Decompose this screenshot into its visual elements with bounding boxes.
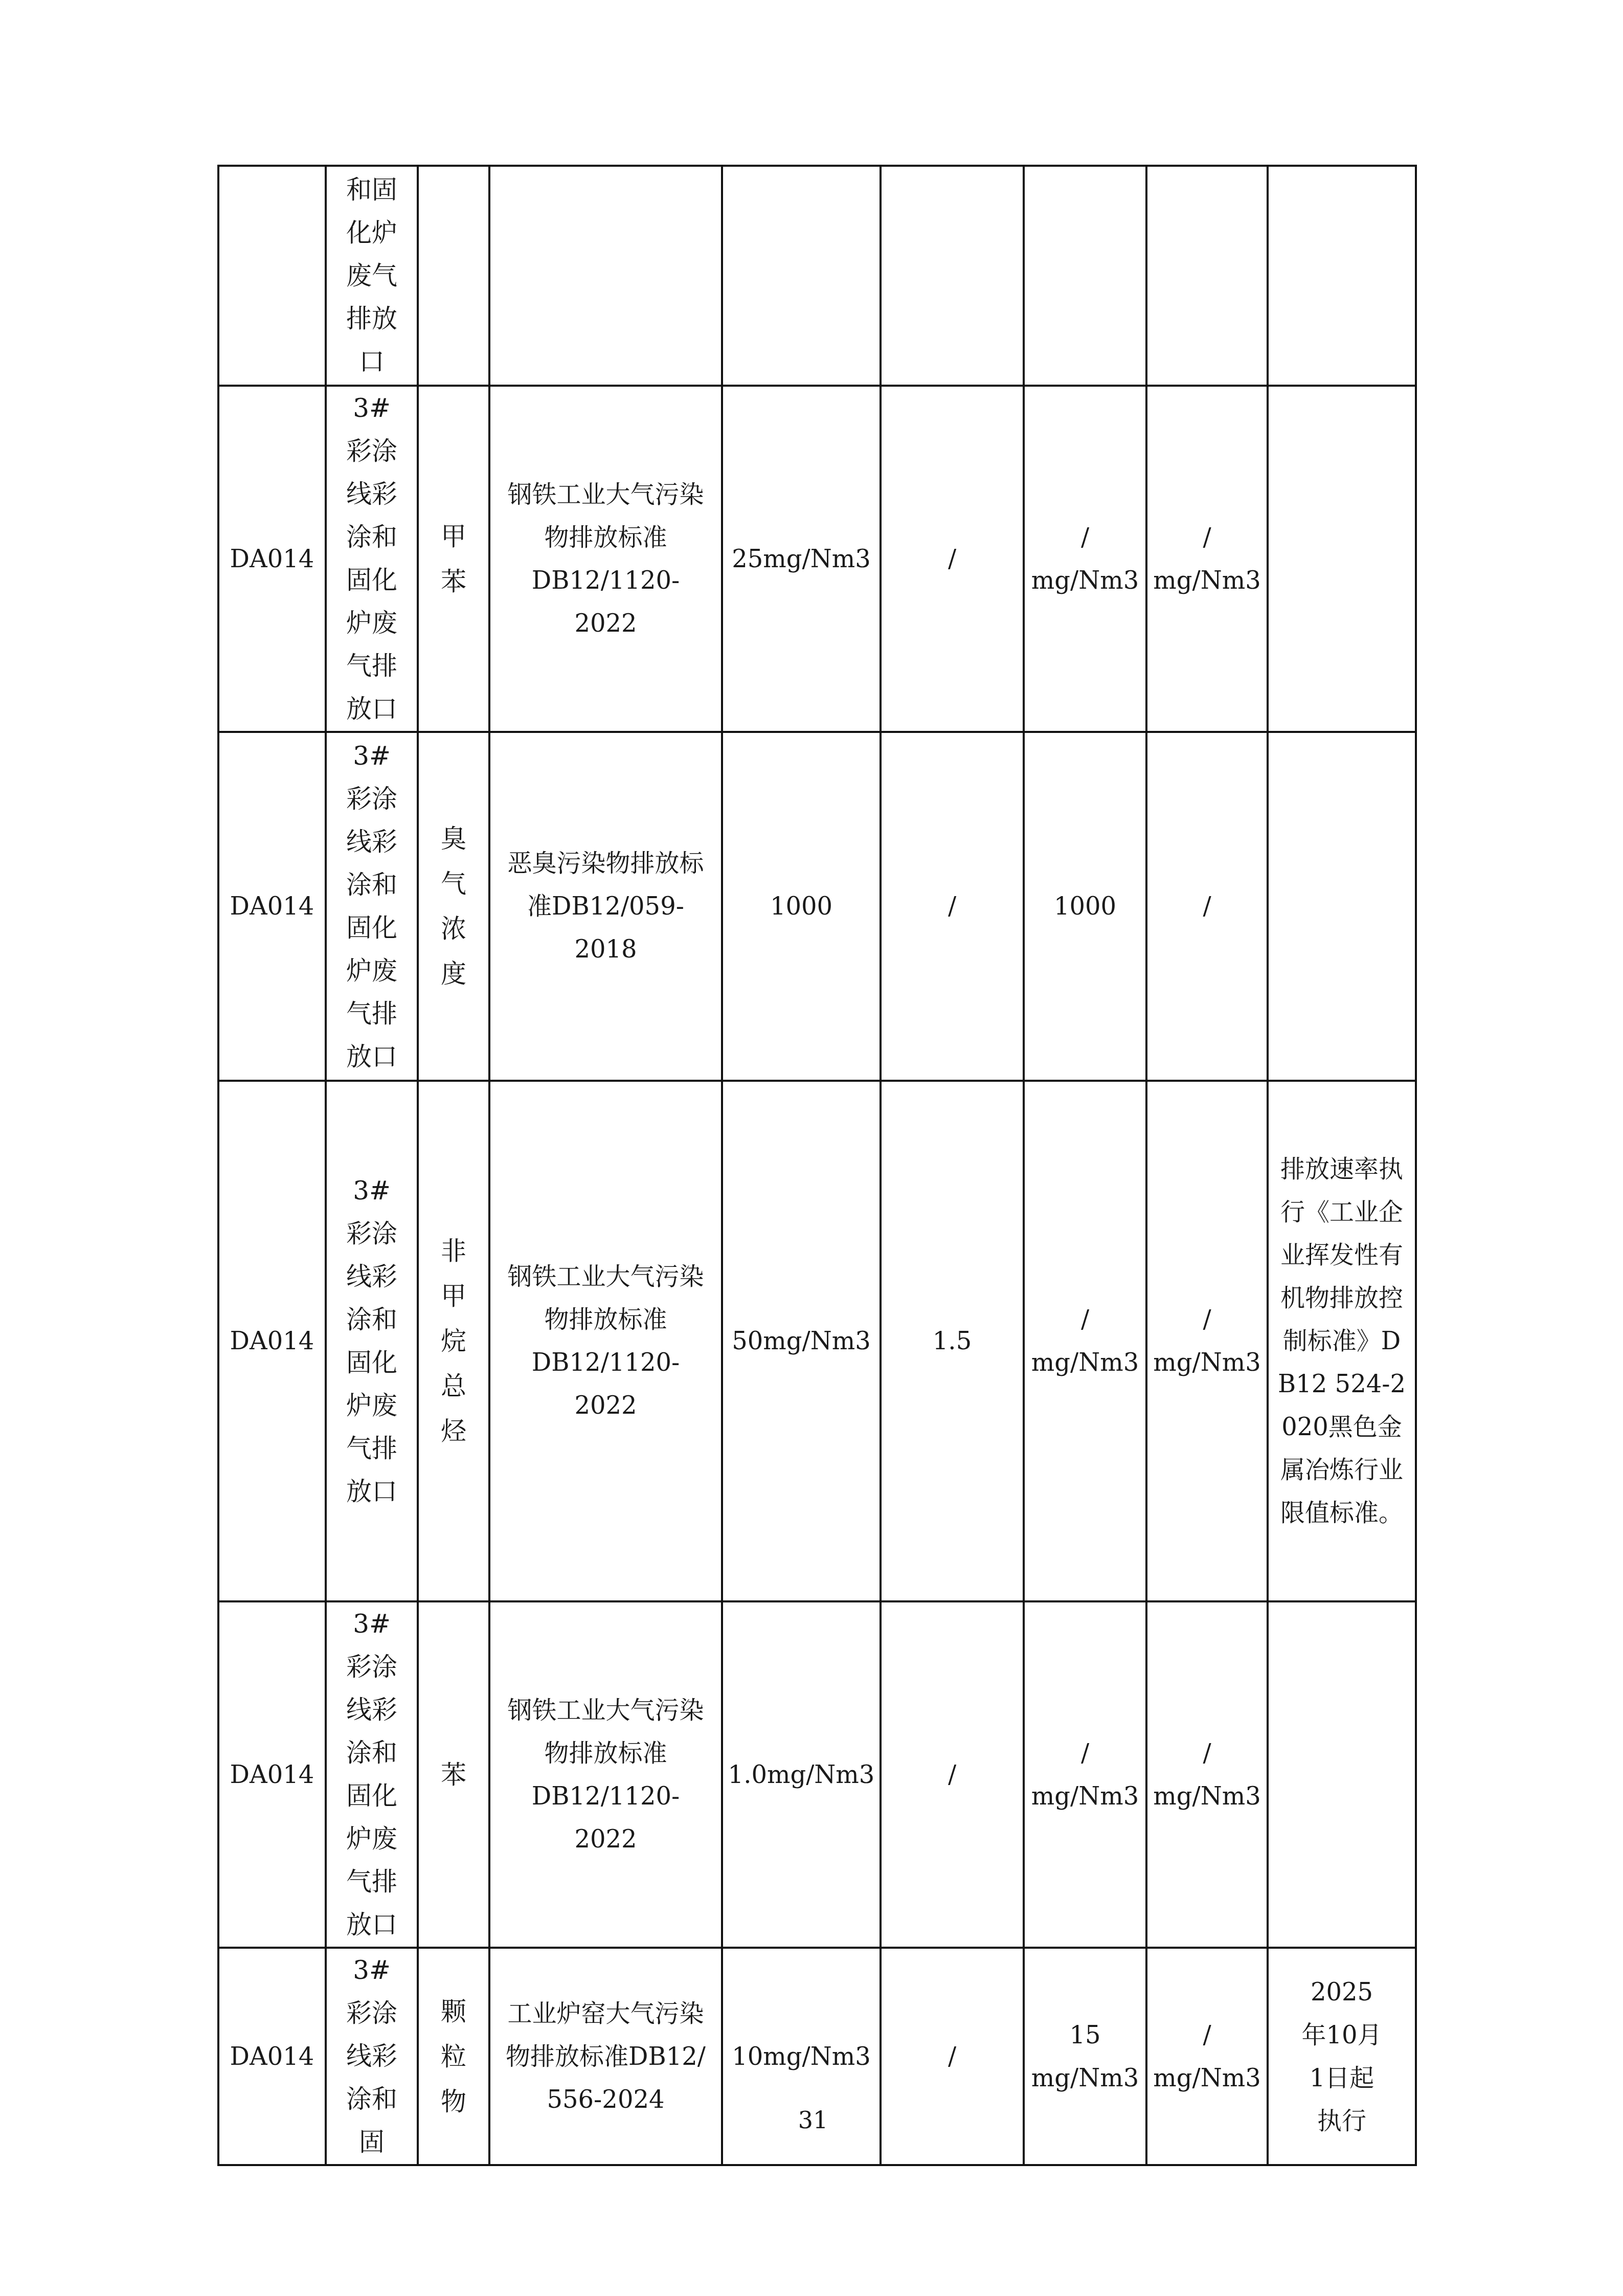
outlet-name: 3#彩涂线彩涂和固化炉废气排放口 bbox=[341, 734, 402, 1078]
standard-cell: 钢铁工业大气污染物排放标准DB12/1120-2022 bbox=[489, 1081, 722, 1601]
rate-limit-cell: / bbox=[881, 386, 1024, 732]
permit-conc-unit: mg/Nm3 bbox=[1025, 1341, 1145, 1384]
standard-cell: 工业炉窑大气污染物排放标准DB12/ 556-2024 bbox=[489, 1948, 722, 2165]
standard: 工业炉窑大气污染物排放标准DB12/ 556-2024 bbox=[504, 1992, 708, 2121]
note-cell: 2025年10月1日起执行 bbox=[1268, 1948, 1416, 2165]
outlet-id-cell: DA014 bbox=[218, 1081, 326, 1601]
outlet-id-cell: DA014 bbox=[218, 386, 326, 732]
permit-conc-value: 15 bbox=[1025, 2014, 1145, 2057]
note-cell bbox=[1268, 1601, 1416, 1948]
standard: 钢铁工业大气污染物排放标准DB12/1120-2022 bbox=[504, 1255, 708, 1427]
pollutant-cell: 非甲烷总烃 bbox=[418, 1081, 489, 1601]
pollutant: 颗粒物 bbox=[438, 1989, 469, 2124]
pollutant: 臭气浓度 bbox=[438, 816, 469, 996]
note-cell bbox=[1268, 732, 1416, 1081]
outlet-name-cell: 3#彩涂线彩涂和固化炉废气排放口 bbox=[326, 386, 418, 732]
standard-cell: 钢铁工业大气污染物排放标准DB12/1120-2022 bbox=[489, 1601, 722, 1948]
permit-conc-value: / bbox=[1025, 516, 1145, 559]
outlet-name-cell: 3#彩涂线彩涂和固化炉废气排放口 bbox=[326, 1081, 418, 1601]
outlet-name: 和固化炉废气排放口 bbox=[341, 168, 402, 383]
permit-rate-cell: / bbox=[1146, 732, 1268, 1081]
pollutant: 非甲烷总烃 bbox=[438, 1229, 469, 1454]
permit-conc-cell bbox=[1024, 166, 1146, 386]
emission-standards-table: 和固化炉废气排放口 DA014 3#彩涂线彩涂和固化炉废气排放口 甲苯 钢铁工业… bbox=[217, 165, 1417, 2166]
outlet-id-cell: DA014 bbox=[218, 1948, 326, 2165]
pollutant: 苯 bbox=[438, 1752, 469, 1797]
conc-limit-cell bbox=[722, 166, 881, 386]
permit-rate-unit: mg/Nm3 bbox=[1147, 1341, 1267, 1384]
conc-limit-cell: 1000 bbox=[722, 732, 881, 1081]
standard-cell bbox=[489, 166, 722, 386]
permit-conc-unit: mg/Nm3 bbox=[1025, 2057, 1145, 2100]
outlet-name-cell: 3#彩涂线彩涂和固化炉废气排放口 bbox=[326, 1601, 418, 1948]
outlet-name-cell: 和固化炉废气排放口 bbox=[326, 166, 418, 386]
note-text: 2025年10月1日起执行 bbox=[1298, 1971, 1385, 2143]
pollutant: 甲苯 bbox=[438, 514, 469, 604]
rate-limit-cell: / bbox=[881, 1601, 1024, 1948]
permit-rate-value: / bbox=[1147, 1732, 1267, 1775]
page-number: 31 bbox=[787, 2106, 839, 2134]
permit-rate-cell: /mg/Nm3 bbox=[1146, 1948, 1268, 2165]
permit-conc-cell: 15mg/Nm3 bbox=[1024, 1948, 1146, 2165]
permit-rate-value: / bbox=[1147, 1298, 1267, 1341]
rate-limit-cell: / bbox=[881, 1948, 1024, 2165]
permit-conc-value: / bbox=[1025, 1298, 1145, 1341]
table-row: DA014 3#彩涂线彩涂和固化炉废气排放口 苯 钢铁工业大气污染物排放标准DB… bbox=[218, 1601, 1416, 1948]
standard: 钢铁工业大气污染物排放标准DB12/1120-2022 bbox=[504, 1689, 708, 1861]
outlet-name: 3#彩涂线彩涂和固 bbox=[341, 1949, 402, 2164]
pollutant-cell bbox=[418, 166, 489, 386]
standard-cell: 恶臭污染物排放标准DB12/059-2018 bbox=[489, 732, 722, 1081]
permit-conc-unit: mg/Nm3 bbox=[1025, 1775, 1145, 1818]
pollutant-cell: 苯 bbox=[418, 1601, 489, 1948]
permit-rate-value: / bbox=[1147, 2014, 1267, 2057]
outlet-id-cell: DA014 bbox=[218, 1601, 326, 1948]
standard: 恶臭污染物排放标准DB12/059-2018 bbox=[504, 842, 708, 971]
outlet-name: 3#彩涂线彩涂和固化炉废气排放口 bbox=[341, 1602, 402, 1946]
rate-limit-cell: 1.5 bbox=[881, 1081, 1024, 1601]
rate-limit-cell: / bbox=[881, 732, 1024, 1081]
permit-conc-unit: mg/Nm3 bbox=[1025, 559, 1145, 602]
permit-rate-unit: mg/Nm3 bbox=[1147, 1775, 1267, 1818]
permit-rate-cell: /mg/Nm3 bbox=[1146, 386, 1268, 732]
note-cell bbox=[1268, 386, 1416, 732]
outlet-name-cell: 3#彩涂线彩涂和固 bbox=[326, 1948, 418, 2165]
outlet-id-cell bbox=[218, 166, 326, 386]
conc-limit-cell: 1.0mg/Nm3 bbox=[722, 1601, 881, 1948]
conc-limit-cell: 50mg/Nm3 bbox=[722, 1081, 881, 1601]
document-page: 和固化炉废气排放口 DA014 3#彩涂线彩涂和固化炉废气排放口 甲苯 钢铁工业… bbox=[0, 0, 1623, 2296]
rate-limit-cell bbox=[881, 166, 1024, 386]
note-cell bbox=[1268, 166, 1416, 386]
conc-limit-cell: 25mg/Nm3 bbox=[722, 386, 881, 732]
pollutant-cell: 臭气浓度 bbox=[418, 732, 489, 1081]
permit-rate-cell bbox=[1146, 166, 1268, 386]
outlet-name: 3#彩涂线彩涂和固化炉废气排放口 bbox=[341, 387, 402, 730]
permit-conc-cell: /mg/Nm3 bbox=[1024, 1601, 1146, 1948]
standard: 钢铁工业大气污染物排放标准DB12/1120-2022 bbox=[504, 473, 708, 645]
permit-rate-cell: /mg/Nm3 bbox=[1146, 1601, 1268, 1948]
permit-rate-unit: mg/Nm3 bbox=[1147, 2057, 1267, 2100]
pollutant-cell: 甲苯 bbox=[418, 386, 489, 732]
standard-cell: 钢铁工业大气污染物排放标准DB12/1120-2022 bbox=[489, 386, 722, 732]
permit-conc-cell: /mg/Nm3 bbox=[1024, 386, 1146, 732]
table-row: 和固化炉废气排放口 bbox=[218, 166, 1416, 386]
permit-rate-value: / bbox=[1147, 516, 1267, 559]
pollutant-cell: 颗粒物 bbox=[418, 1948, 489, 2165]
outlet-name-cell: 3#彩涂线彩涂和固化炉废气排放口 bbox=[326, 732, 418, 1081]
outlet-id-cell: DA014 bbox=[218, 732, 326, 1081]
permit-conc-value: / bbox=[1025, 1732, 1145, 1775]
table-row: DA014 3#彩涂线彩涂和固化炉废气排放口 臭气浓度 恶臭污染物排放标准DB1… bbox=[218, 732, 1416, 1081]
table-row: DA014 3#彩涂线彩涂和固化炉废气排放口 甲苯 钢铁工业大气污染物排放标准D… bbox=[218, 386, 1416, 732]
table-row: DA014 3#彩涂线彩涂和固化炉废气排放口 非甲烷总烃 钢铁工业大气污染物排放… bbox=[218, 1081, 1416, 1601]
permit-rate-cell: /mg/Nm3 bbox=[1146, 1081, 1268, 1601]
permit-rate-unit: mg/Nm3 bbox=[1147, 559, 1267, 602]
note-cell: 排放速率执行《工业企业挥发性有机物排放控制标准》DB12 524-2020黑色金… bbox=[1268, 1081, 1416, 1601]
permit-conc-cell: 1000 bbox=[1024, 732, 1146, 1081]
permit-conc-cell: /mg/Nm3 bbox=[1024, 1081, 1146, 1601]
note-text: 排放速率执行《工业企业挥发性有机物排放控制标准》DB12 524-2020黑色金… bbox=[1278, 1148, 1406, 1534]
outlet-name: 3#彩涂线彩涂和固化炉废气排放口 bbox=[341, 1169, 402, 1513]
